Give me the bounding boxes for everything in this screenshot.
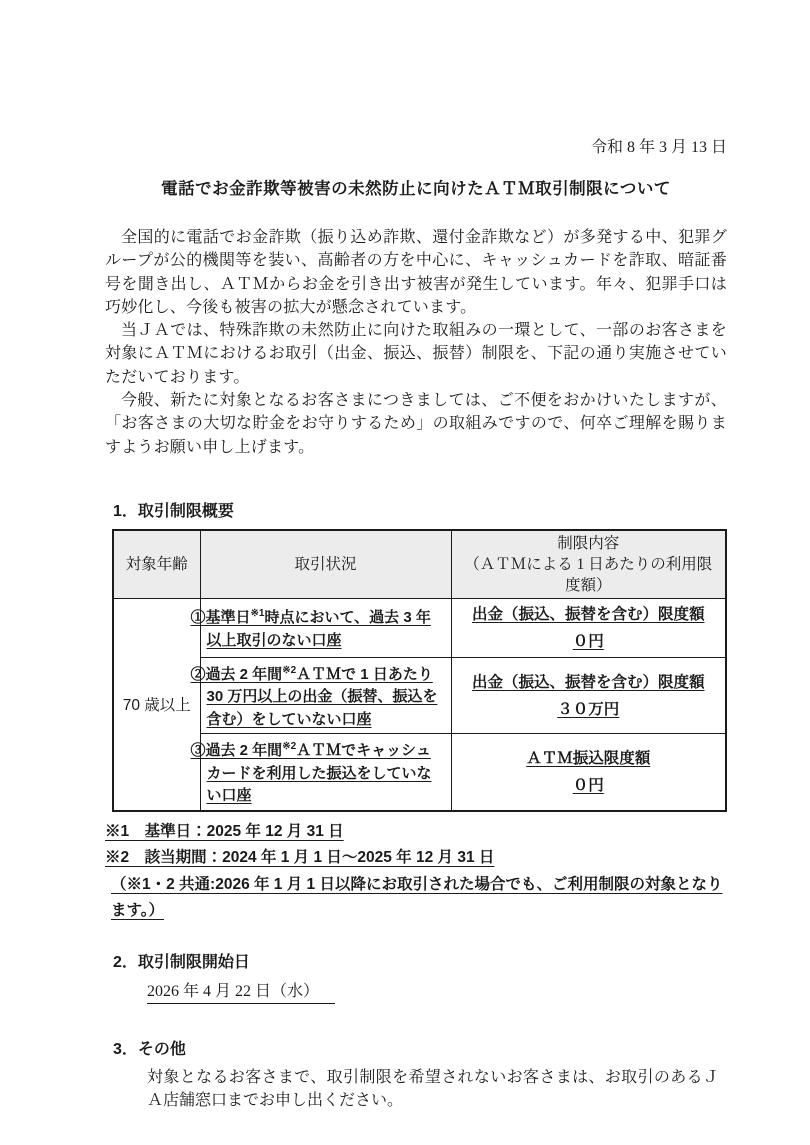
header-age: 対象年齢 [113, 530, 200, 599]
document-title: 電話でお金詐欺等被害の未然防止に向けたＡＴＭ取引制限について [105, 175, 727, 199]
limit-title: ＡＴＭ振込限度額 [526, 750, 650, 767]
limit-cell: 出金（振込、振替を含む）限度額 ３０万円 [451, 657, 726, 734]
situation-cell: ①基準日※1時点において、過去 3 年以上取引のない口座 [200, 598, 451, 657]
footnote-text: ※2 該当期間：2024 年 1 月 1 日～2025 年 12 月 31 日 [105, 849, 494, 866]
footnote-ref: ※1 [251, 608, 265, 619]
paragraph: 当ＪＡでは、特殊詐欺の未然防止に向けた取組みの一環として、一部のお客さまを対象に… [105, 319, 727, 389]
limit-cell: ＡＴＭ振込限度額 ０円 [451, 734, 726, 811]
header-limit-line2: （ＡＴＭによる 1 日あたりの利用限度額） [458, 554, 720, 596]
situation-text: ③過去 2 年間 [191, 742, 283, 759]
limit-cell: 出金（振込、振替を含む）限度額 ０円 [451, 598, 726, 657]
footnote-common: （※1・2 共通:2026 年 1 月 1 日以降にお取引された場合でも、ご利用… [105, 872, 727, 925]
document-date: 令和 8 年 3 月 13 日 [105, 138, 727, 158]
limit-title: 出金（振込、振替を含む）限度額 [472, 674, 705, 691]
table-row: ②過去 2 年間※2ＡＴＭで 1 日あたり 30 万円以上の出金（振替、振込を含… [113, 657, 726, 734]
limit-value: ０円 [573, 777, 604, 794]
table-row: 70 歳以上 ①基準日※1時点において、過去 3 年以上取引のない口座 出金（振… [113, 598, 726, 657]
footnote-text: （※1・2 共通:2026 年 1 月 1 日以降にお取引された場合でも、ご利用… [111, 876, 722, 920]
section2-heading: 2．取引制限開始日 [105, 949, 727, 972]
situation-text: ①基準日 [191, 609, 251, 626]
section3-heading: 3．その他 [105, 1036, 727, 1059]
table-footnotes: ※1 基準日：2025 年 12 月 31 日 ※2 該当期間：2024 年 1… [105, 819, 727, 925]
table-header-row: 対象年齢 取引状況 制限内容 （ＡＴＭによる 1 日あたりの利用限度額） [113, 530, 726, 599]
footnote-ref: ※2 [282, 665, 296, 676]
limit-value: ３０万円 [557, 701, 619, 718]
section1-heading: 1．取引制限概要 [105, 498, 727, 521]
start-date-text: 2026 年 4 月 22 日（水） [147, 978, 335, 1004]
table-row: ③過去 2 年間※2ＡＴＭでキャッシュカードを利用した振込をしていない口座 ＡＴ… [113, 734, 726, 811]
header-situation: 取引状況 [200, 530, 451, 599]
footnote-text: ※1 基準日：2025 年 12 月 31 日 [105, 823, 344, 840]
paragraph: 全国的に電話でお金詐欺（振り込め詐欺、還付金詐欺など）が多発する中、犯罪グループ… [105, 226, 727, 319]
footnote-2: ※2 該当期間：2024 年 1 月 1 日～2025 年 12 月 31 日 [105, 845, 727, 872]
footnote-ref: ※2 [282, 741, 296, 752]
age-group-cell: 70 歳以上 [113, 598, 200, 811]
section3-body: 対象となるお客さまで、取引制限を希望されないお客さまは、お取引のあるＪＡ店舗窓口… [147, 1066, 719, 1113]
limit-value: ０円 [573, 633, 604, 650]
situation-cell: ②過去 2 年間※2ＡＴＭで 1 日あたり 30 万円以上の出金（振替、振込を含… [200, 657, 451, 734]
header-limit: 制限内容 （ＡＴＭによる 1 日あたりの利用限度額） [451, 530, 726, 599]
restriction-start-date: 2026 年 4 月 22 日（水） [147, 978, 727, 1004]
body-paragraphs: 全国的に電話でお金詐欺（振り込め詐欺、還付金詐欺など）が多発する中、犯罪グループ… [105, 226, 727, 459]
restriction-table: 対象年齢 取引状況 制限内容 （ＡＴＭによる 1 日あたりの利用限度額） 70 … [112, 529, 727, 812]
header-limit-line1: 制限内容 [458, 533, 720, 554]
footnote-1: ※1 基準日：2025 年 12 月 31 日 [105, 819, 727, 846]
situation-text: ②過去 2 年間 [191, 666, 283, 683]
situation-cell: ③過去 2 年間※2ＡＴＭでキャッシュカードを利用した振込をしていない口座 [200, 734, 451, 811]
document-page: 令和 8 年 3 月 13 日 電話でお金詐欺等被害の未然防止に向けたＡＴＭ取引… [0, 0, 810, 1145]
limit-title: 出金（振込、振替を含む）限度額 [472, 606, 705, 623]
paragraph: 今般、新たに対象となるお客さまにつきましては、ご不便をおかけいたしますが、「お客… [105, 389, 727, 459]
